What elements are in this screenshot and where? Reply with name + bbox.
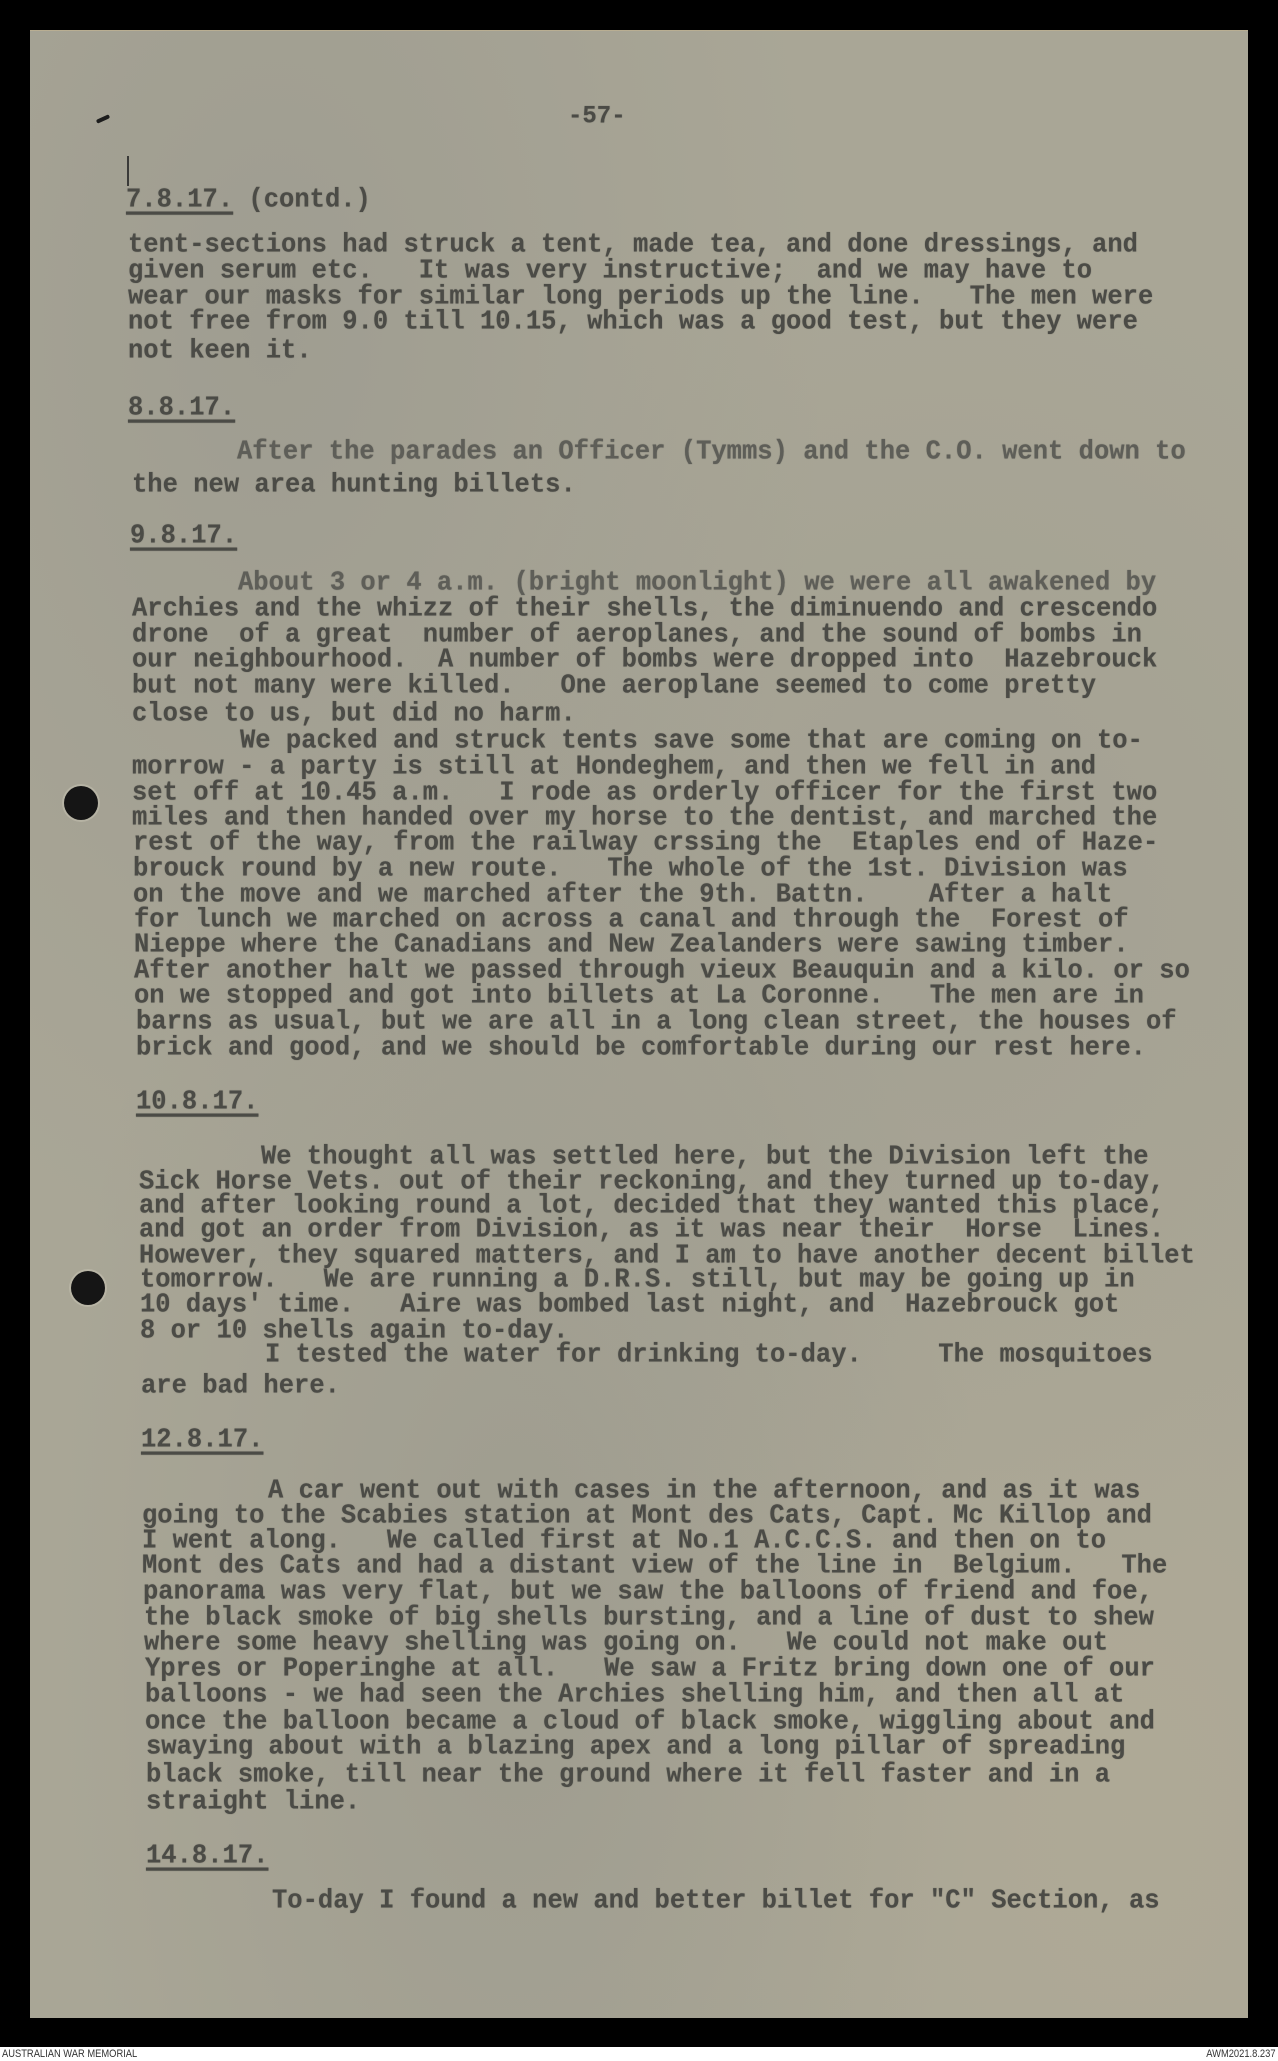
entry-date: 7.8.17. xyxy=(126,184,233,214)
text-line: but not many were killed. One aeroplane … xyxy=(132,672,1096,699)
entry-date: 10.8.17. xyxy=(136,1088,258,1115)
entry-date-suffix: (contd.) xyxy=(233,184,371,214)
entry-date: 8.8.17. xyxy=(128,394,235,421)
reference-number: AWM2021.8.237 xyxy=(1207,2047,1276,2061)
entry-heading-line: 7.8.17. (contd.) xyxy=(126,186,371,213)
text-line: To-day I found a new and better billet f… xyxy=(272,1887,1160,1914)
text-line: the new area hunting billets. xyxy=(132,471,576,498)
entry-date: 14.8.17. xyxy=(146,1842,268,1869)
text-line: black smoke, till near the ground where … xyxy=(146,1761,1110,1788)
text-line: close to us, but did no harm. xyxy=(132,700,576,727)
text-line: not keen it. xyxy=(128,337,312,364)
text-line: I tested the water for drinking to-day. … xyxy=(265,1341,1153,1368)
entry-date: 9.8.17. xyxy=(130,522,237,549)
text-line: After the parades an Officer (Tymms) and… xyxy=(237,438,1186,465)
text-line: not free from 9.0 till 10.15, which was … xyxy=(128,308,1138,335)
text-line: swaying about with a blazing apex and a … xyxy=(146,1733,1125,1760)
text-line: balloons - we had seen the Archies shell… xyxy=(145,1681,1124,1708)
text-line: brick and good, and we should be comfort… xyxy=(136,1034,1146,1061)
text-line: are bad here. xyxy=(141,1372,340,1399)
pencil-mark xyxy=(127,156,129,186)
entry-date: 12.8.17. xyxy=(141,1426,263,1453)
institution-label: AUSTRALIAN WAR MEMORIAL xyxy=(2,2047,137,2061)
page-number: -57- xyxy=(568,103,626,130)
punch-hole-top xyxy=(64,786,98,820)
punch-hole-bottom xyxy=(71,1271,105,1305)
archive-footer: AUSTRALIAN WAR MEMORIAL AWM2021.8.237 xyxy=(0,2047,1278,2061)
text-line: straight line. xyxy=(146,1788,360,1815)
